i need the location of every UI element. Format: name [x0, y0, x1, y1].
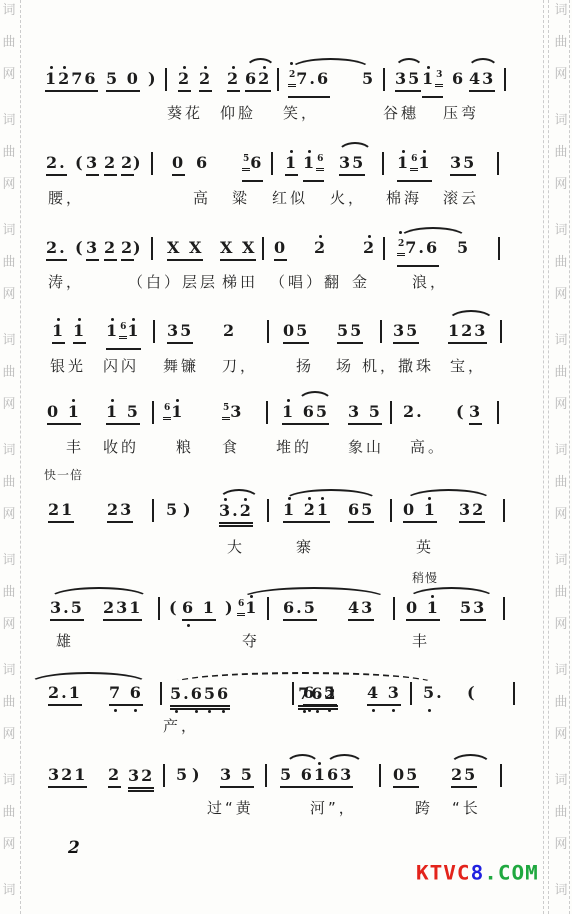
note-group: 2 — [199, 70, 212, 92]
note-group: 53 — [222, 403, 243, 429]
note-group: 21 — [48, 501, 74, 523]
note-group: 0 1 — [47, 403, 81, 425]
note: 5 — [362, 70, 375, 88]
note: 5 — [170, 685, 183, 703]
note-group: 53 — [460, 599, 486, 621]
note: 6 — [245, 70, 258, 88]
note: 321 — [48, 766, 87, 784]
watermark-char: 曲 — [2, 586, 16, 600]
note: 1 — [52, 322, 65, 340]
note-group: 3 — [86, 239, 99, 261]
note: 5 — [423, 684, 436, 702]
note: 53 — [460, 599, 486, 617]
barline — [497, 152, 499, 175]
watermark-char: 曲 — [554, 586, 568, 600]
slur-arc — [170, 672, 436, 684]
note — [295, 403, 303, 421]
barline — [379, 764, 381, 787]
watermark-char: 曲 — [2, 36, 16, 50]
note-group: 2 — [104, 239, 117, 261]
note: 1 — [397, 154, 410, 172]
note: 6 — [301, 766, 314, 784]
note-group: 3 5 — [220, 766, 254, 788]
note: 32 — [459, 501, 485, 519]
barline — [265, 764, 267, 787]
note-group: 35 — [450, 154, 476, 176]
note: 1 — [422, 70, 435, 88]
note-group: 2 — [108, 766, 121, 788]
lyric-word: 机，撒珠 — [362, 355, 434, 376]
note: ) — [133, 239, 143, 257]
lyric-word: 宝， — [450, 355, 486, 376]
lyric-word: 笑， — [283, 102, 319, 123]
slur-arc — [325, 754, 364, 766]
grace-note: 6 — [119, 318, 127, 339]
lyric-word: （白）层层 — [128, 271, 218, 292]
lyric-word: 大 — [227, 536, 245, 557]
lyric-word: 腰， — [48, 187, 84, 208]
note: 1 — [106, 403, 119, 421]
score-line: 3212325)3 55 61630525过“黄河”，跨“长 — [0, 766, 572, 830]
logo-seg-dot: . — [484, 862, 498, 885]
note-group: 55 — [337, 322, 363, 344]
note-group: 5 — [176, 766, 189, 786]
note: 7 — [109, 684, 122, 702]
note: 6 — [217, 685, 230, 703]
lyric-word: 压弯 — [443, 102, 479, 123]
score-line: 2.(322)06561163516135腰，高粱红似火，棉海滚云 — [0, 154, 572, 218]
lyric-word: 食 — [222, 436, 240, 457]
note: 05 — [283, 322, 309, 340]
lyric-word: 红似 — [272, 187, 308, 208]
note-group: 13 — [422, 70, 443, 98]
note: 231 — [103, 599, 142, 617]
barline — [277, 68, 279, 91]
score-line: 11161352055535123银光闪闪舞镰刀，扬场机，撒珠宝， — [0, 322, 572, 386]
barline — [393, 597, 395, 620]
note: X X — [220, 239, 256, 257]
note: ) — [183, 501, 193, 519]
note-group: 161 — [106, 322, 141, 350]
barline — [152, 499, 154, 522]
barline — [498, 237, 500, 260]
note-group: ( — [467, 684, 477, 704]
lyric-word: 产， — [163, 715, 199, 736]
note: 1 — [283, 501, 296, 519]
note-group: 123 — [448, 322, 487, 344]
note-group: 1 — [52, 322, 65, 344]
lyric-word: 粱 — [232, 187, 250, 208]
barline — [160, 682, 162, 705]
note: 2 — [223, 322, 236, 340]
note: 6 — [452, 70, 465, 88]
lyric-word: 滚云 — [443, 187, 479, 208]
note-group: 2.1 — [48, 684, 82, 706]
lyric-word: 仰脸 — [220, 102, 256, 123]
note: . — [436, 684, 444, 702]
note: ( — [467, 684, 477, 702]
note: ) — [192, 766, 202, 784]
note: 1 — [424, 501, 437, 519]
note: 5 — [71, 599, 84, 617]
note-group: 65 — [348, 501, 374, 523]
watermark-char: 网 — [2, 838, 16, 852]
note-group: X X — [167, 239, 203, 261]
note: 5 — [176, 766, 189, 784]
note-group: 5 0 — [106, 70, 140, 92]
slur-arc — [289, 58, 372, 70]
note: 6 — [426, 239, 439, 257]
slur-arc — [337, 142, 373, 154]
note-group: 35 — [167, 322, 193, 344]
note-group: ) — [133, 239, 143, 259]
lyric-word: 寨 — [296, 536, 314, 557]
barline — [262, 237, 264, 260]
note-group: 6.5 — [303, 684, 337, 706]
score-line: 2.(322)X XX X02227.65涛，（白）层层梯田（唱）翻金浪， — [0, 239, 572, 303]
note: ( — [169, 599, 179, 617]
note-group: 16 — [303, 154, 324, 182]
barline — [151, 237, 153, 260]
note-group: 27.6 — [288, 70, 330, 98]
note — [296, 501, 304, 519]
barline — [267, 320, 269, 343]
note: 1 — [69, 684, 82, 702]
note-group: 1 — [285, 154, 298, 176]
slur-arc — [218, 489, 260, 501]
slur-arc — [407, 587, 496, 599]
score-line: 3.5231(6 1)616.5430 153雄夺丰 — [0, 599, 572, 663]
note-group: 5.656 — [170, 684, 230, 707]
note-group: 2 — [104, 154, 117, 176]
note-group: 43 — [469, 70, 495, 92]
barline — [266, 401, 268, 424]
note-group: ) — [133, 154, 143, 174]
note: 05 — [393, 766, 419, 784]
note-group: 5 — [362, 70, 375, 90]
note-group: 0 — [172, 154, 185, 176]
grace-note: 6 — [163, 399, 171, 420]
note: 3 — [388, 684, 401, 702]
barline — [267, 499, 269, 522]
note-group: 0 1 — [403, 501, 437, 523]
note: 1 — [314, 766, 327, 784]
barline — [292, 682, 294, 705]
note-group: 63 — [327, 766, 353, 788]
barline — [380, 320, 382, 343]
note-group: 1 5 — [106, 403, 140, 425]
note: 1 — [285, 154, 298, 172]
lyric-word: 银光 — [50, 355, 86, 376]
note: . — [183, 685, 191, 703]
lyric-word: 棉海 — [386, 187, 422, 208]
barline — [383, 68, 385, 91]
note: 35 — [167, 322, 193, 340]
note-group: ) — [183, 501, 193, 521]
note-group: 231 — [103, 599, 142, 621]
tempo-mark-slower: 稍慢 — [412, 569, 438, 586]
note: 55 — [337, 322, 363, 340]
lyric-word: 梯田 — [222, 271, 258, 292]
note: 1 — [195, 599, 216, 617]
barline — [390, 499, 392, 522]
note: 25 — [451, 766, 477, 784]
note: . — [61, 684, 69, 702]
note: 3 — [219, 502, 232, 520]
note: 63 — [327, 766, 353, 784]
note: 6 — [191, 685, 204, 703]
note — [293, 766, 301, 784]
note: 6 — [283, 599, 296, 617]
grace-note: 5 — [242, 150, 250, 171]
note-group: 1276 — [45, 70, 98, 92]
lyric-word: 夺 — [242, 630, 260, 651]
note-group: 35 — [339, 154, 365, 176]
note: 1 — [106, 322, 119, 340]
slur-arc — [240, 587, 388, 599]
grace-note: 6 — [316, 150, 324, 171]
note-group: 6 — [196, 154, 209, 174]
note: 2 — [178, 70, 191, 88]
watermark-char: 词 — [2, 224, 16, 238]
watermark-char: 词 — [554, 664, 568, 678]
note: 1 — [45, 70, 58, 88]
watermark-char: 词 — [554, 884, 568, 898]
note: 1 — [68, 403, 81, 421]
note: 43 — [469, 70, 495, 88]
lyric-word: 高。 — [410, 436, 446, 457]
note: 2 — [240, 502, 253, 520]
note-group: 25 — [451, 766, 477, 788]
lyric-word: 谷穗 — [383, 102, 419, 123]
note: X X — [167, 239, 203, 257]
note-group: 161 — [397, 154, 432, 182]
note: 6 — [250, 154, 263, 172]
note: 35 — [339, 154, 365, 172]
note: 5 — [204, 685, 217, 703]
note: 5 — [304, 599, 317, 617]
note: 2 — [258, 70, 271, 88]
note-group: 23 — [107, 501, 133, 523]
note: 2. — [403, 403, 424, 421]
note: 2 — [104, 239, 117, 257]
note: 2 — [363, 239, 376, 257]
page-number: 2 — [68, 838, 80, 858]
note-group: 5 — [166, 501, 179, 521]
note-group: 2. — [46, 239, 67, 261]
note: . — [418, 239, 426, 257]
note-group: ) — [148, 70, 158, 90]
note-group: 56 — [242, 154, 263, 182]
note: 1 — [317, 501, 330, 519]
note-group: 35 — [395, 70, 421, 92]
note-group: 35 — [393, 322, 419, 344]
note-group: ( — [456, 403, 466, 423]
tempo-mark-faster: 快一倍 — [44, 466, 83, 483]
slur-arc — [394, 58, 424, 70]
watermark-char: 词 — [2, 884, 16, 898]
watermark-char: 词 — [2, 4, 16, 18]
note: 1 — [303, 154, 316, 172]
watermark-char: 网 — [554, 838, 568, 852]
note-group: 05 — [393, 766, 419, 788]
note: 1 — [418, 154, 431, 172]
note: 2 — [104, 154, 117, 172]
slur-arc — [467, 58, 499, 70]
logo-seg-com: COM — [498, 862, 539, 885]
lyric-word: “长 — [452, 797, 481, 818]
note: 2 — [227, 70, 240, 88]
note-group: 3 — [86, 154, 99, 176]
lyric-word: 葵花 — [167, 102, 203, 123]
note-group: 1 65 — [282, 403, 329, 425]
note: 1 — [171, 403, 184, 421]
note-group: ( — [75, 154, 85, 174]
note-group: 321 — [48, 766, 87, 788]
note-group: 3 — [469, 403, 482, 425]
note-group: 43 — [348, 599, 374, 621]
grace-note: 6 — [410, 150, 418, 171]
note: 35 — [395, 70, 421, 88]
note-group: 6.5 — [283, 599, 317, 621]
watermark-char: 曲 — [554, 36, 568, 50]
slur-arc — [449, 754, 492, 766]
watermark-char: 词 — [2, 664, 16, 678]
lyric-word: 丰 — [66, 436, 84, 457]
note: 5 — [316, 403, 329, 421]
logo-seg-8: 8 — [471, 862, 485, 885]
note: 35 — [393, 322, 419, 340]
note: 1 — [427, 599, 440, 617]
score-line: 2.17 65.6567626.54 35.(65产， — [0, 684, 572, 748]
note: ( — [75, 154, 85, 172]
note: 6 — [130, 684, 143, 702]
note: 3 — [230, 403, 243, 421]
note: 123 — [448, 322, 487, 340]
barline — [152, 401, 154, 424]
watermark-char: 词 — [554, 224, 568, 238]
note: 1 — [127, 322, 140, 340]
note-group: 2 — [314, 239, 327, 259]
note: 5 — [457, 239, 470, 257]
lyric-word: 粮 — [176, 436, 194, 457]
note-group: 6 — [452, 70, 465, 90]
note: 2 — [58, 70, 71, 88]
site-logo[interactable]: KTVC8.COM — [416, 862, 539, 885]
lyric-word: 浪， — [412, 271, 448, 292]
slur-arc — [398, 227, 468, 239]
slur-arc — [447, 310, 495, 322]
note-group: ( — [169, 599, 179, 619]
barline — [165, 68, 167, 91]
note: 4 — [367, 684, 380, 702]
note: . — [296, 599, 304, 617]
note: ) — [133, 154, 143, 172]
note-group: 61 — [237, 599, 258, 625]
lyric-word: 高 — [193, 187, 211, 208]
note: 2 — [108, 766, 121, 784]
note-group: X X — [220, 239, 256, 261]
note-group: ) — [225, 599, 235, 619]
note: 1 — [73, 322, 86, 340]
note: 5 0 — [106, 70, 140, 88]
lyric-word: 雄 — [56, 630, 74, 651]
note: 5 — [119, 403, 140, 421]
note: 2 — [48, 684, 61, 702]
barline — [271, 152, 273, 175]
note-group: 5. — [423, 684, 444, 704]
lyric-word: 英 — [416, 536, 434, 557]
note — [122, 684, 130, 702]
note: 0 — [406, 599, 427, 617]
note-group: 2. — [403, 403, 424, 423]
score-line: 12765 0)2226227.653513643葵花仰脸笑，谷穗压弯 — [0, 70, 572, 134]
note: 1 — [245, 599, 258, 617]
barline — [163, 764, 165, 787]
slur-arc — [297, 391, 333, 403]
note — [380, 684, 388, 702]
barline — [497, 401, 499, 424]
slur-arc — [285, 754, 320, 766]
slur-arc — [283, 489, 379, 501]
note-group: 4 3 — [367, 684, 401, 706]
note: 6 — [303, 684, 316, 702]
note: ) — [148, 70, 158, 88]
note: 65 — [348, 501, 374, 519]
note: 6 — [84, 70, 97, 88]
slur-arc — [404, 489, 493, 501]
lyric-word: 过“黄 — [207, 797, 254, 818]
note-group: 2 — [223, 322, 236, 342]
lyric-word: 河”， — [310, 797, 357, 818]
note-group: 1 — [73, 322, 86, 344]
lyric-word: 场 — [336, 355, 354, 376]
note-group: 6 1 — [182, 599, 216, 621]
note-group: 2 — [363, 239, 376, 259]
note-group: 05 — [283, 322, 309, 344]
note-group: ) — [192, 766, 202, 786]
note-group: 7 6 — [109, 684, 143, 706]
note-group: 2 — [178, 70, 191, 92]
note: 2. — [46, 239, 67, 257]
barline — [382, 152, 384, 175]
note: 6 — [303, 403, 316, 421]
lyric-word: 火， — [330, 187, 366, 208]
grace-note: 3 — [435, 66, 443, 87]
note: 0 — [274, 239, 287, 257]
barline — [158, 597, 160, 620]
note: 6 — [317, 70, 330, 88]
lyric-word: 丰 — [412, 630, 430, 651]
note: 6 — [182, 599, 195, 617]
note: 7 — [71, 70, 84, 88]
note-group: 32 — [128, 766, 154, 789]
note: 5 — [324, 684, 337, 702]
note: 3 — [86, 239, 99, 257]
lyric-word: 涛， — [48, 271, 84, 292]
note: . — [316, 684, 324, 702]
lyric-word: 闪闪 — [103, 355, 139, 376]
slur-arc — [48, 587, 150, 599]
lyric-word: 象山 — [348, 436, 384, 457]
note: 2 — [199, 70, 212, 88]
barline — [267, 597, 269, 620]
barline — [383, 237, 385, 260]
note: 6 — [196, 154, 209, 172]
note: 3 5 — [348, 403, 382, 421]
score-line: 21235)3.21 21650 132大寨英 — [0, 501, 572, 565]
note-group: ( — [75, 239, 85, 259]
